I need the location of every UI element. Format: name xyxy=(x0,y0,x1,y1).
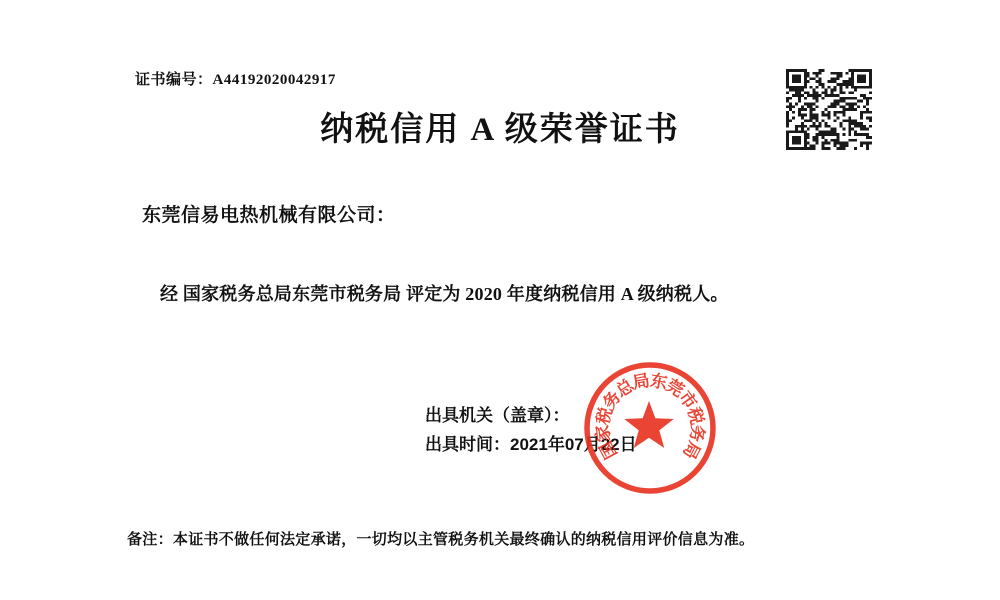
certificate-number-value: A44192020042917 xyxy=(213,72,336,88)
certificate-page: 证书编号：A44192020042917 纳税信用 A 级荣誉证书 东莞信易电热… xyxy=(0,0,1000,600)
certificate-title: 纳税信用 A 级荣誉证书 xyxy=(0,103,1000,150)
certificate-body: 经 国家税务总局东莞市税务局 评定为 2020 年度纳税信用 A 级纳税人。 xyxy=(160,280,729,306)
certificate-number: 证书编号：A44192020042917 xyxy=(135,68,336,89)
certificate-number-label: 证书编号： xyxy=(135,72,213,88)
issue-date-label: 出具时间： xyxy=(425,435,510,454)
official-seal-stamp: 国家税务总局东莞市税务局 xyxy=(578,356,722,500)
disclaimer-note: 备注：本证书不做任何法定承诺，一切均以主管税务机关最终确认的纳税信用评价信息为准… xyxy=(127,528,754,549)
issuer-label: 出具机关（盖章）： xyxy=(425,401,570,426)
recipient-name: 东莞信易电热机械有限公司： xyxy=(142,200,396,227)
